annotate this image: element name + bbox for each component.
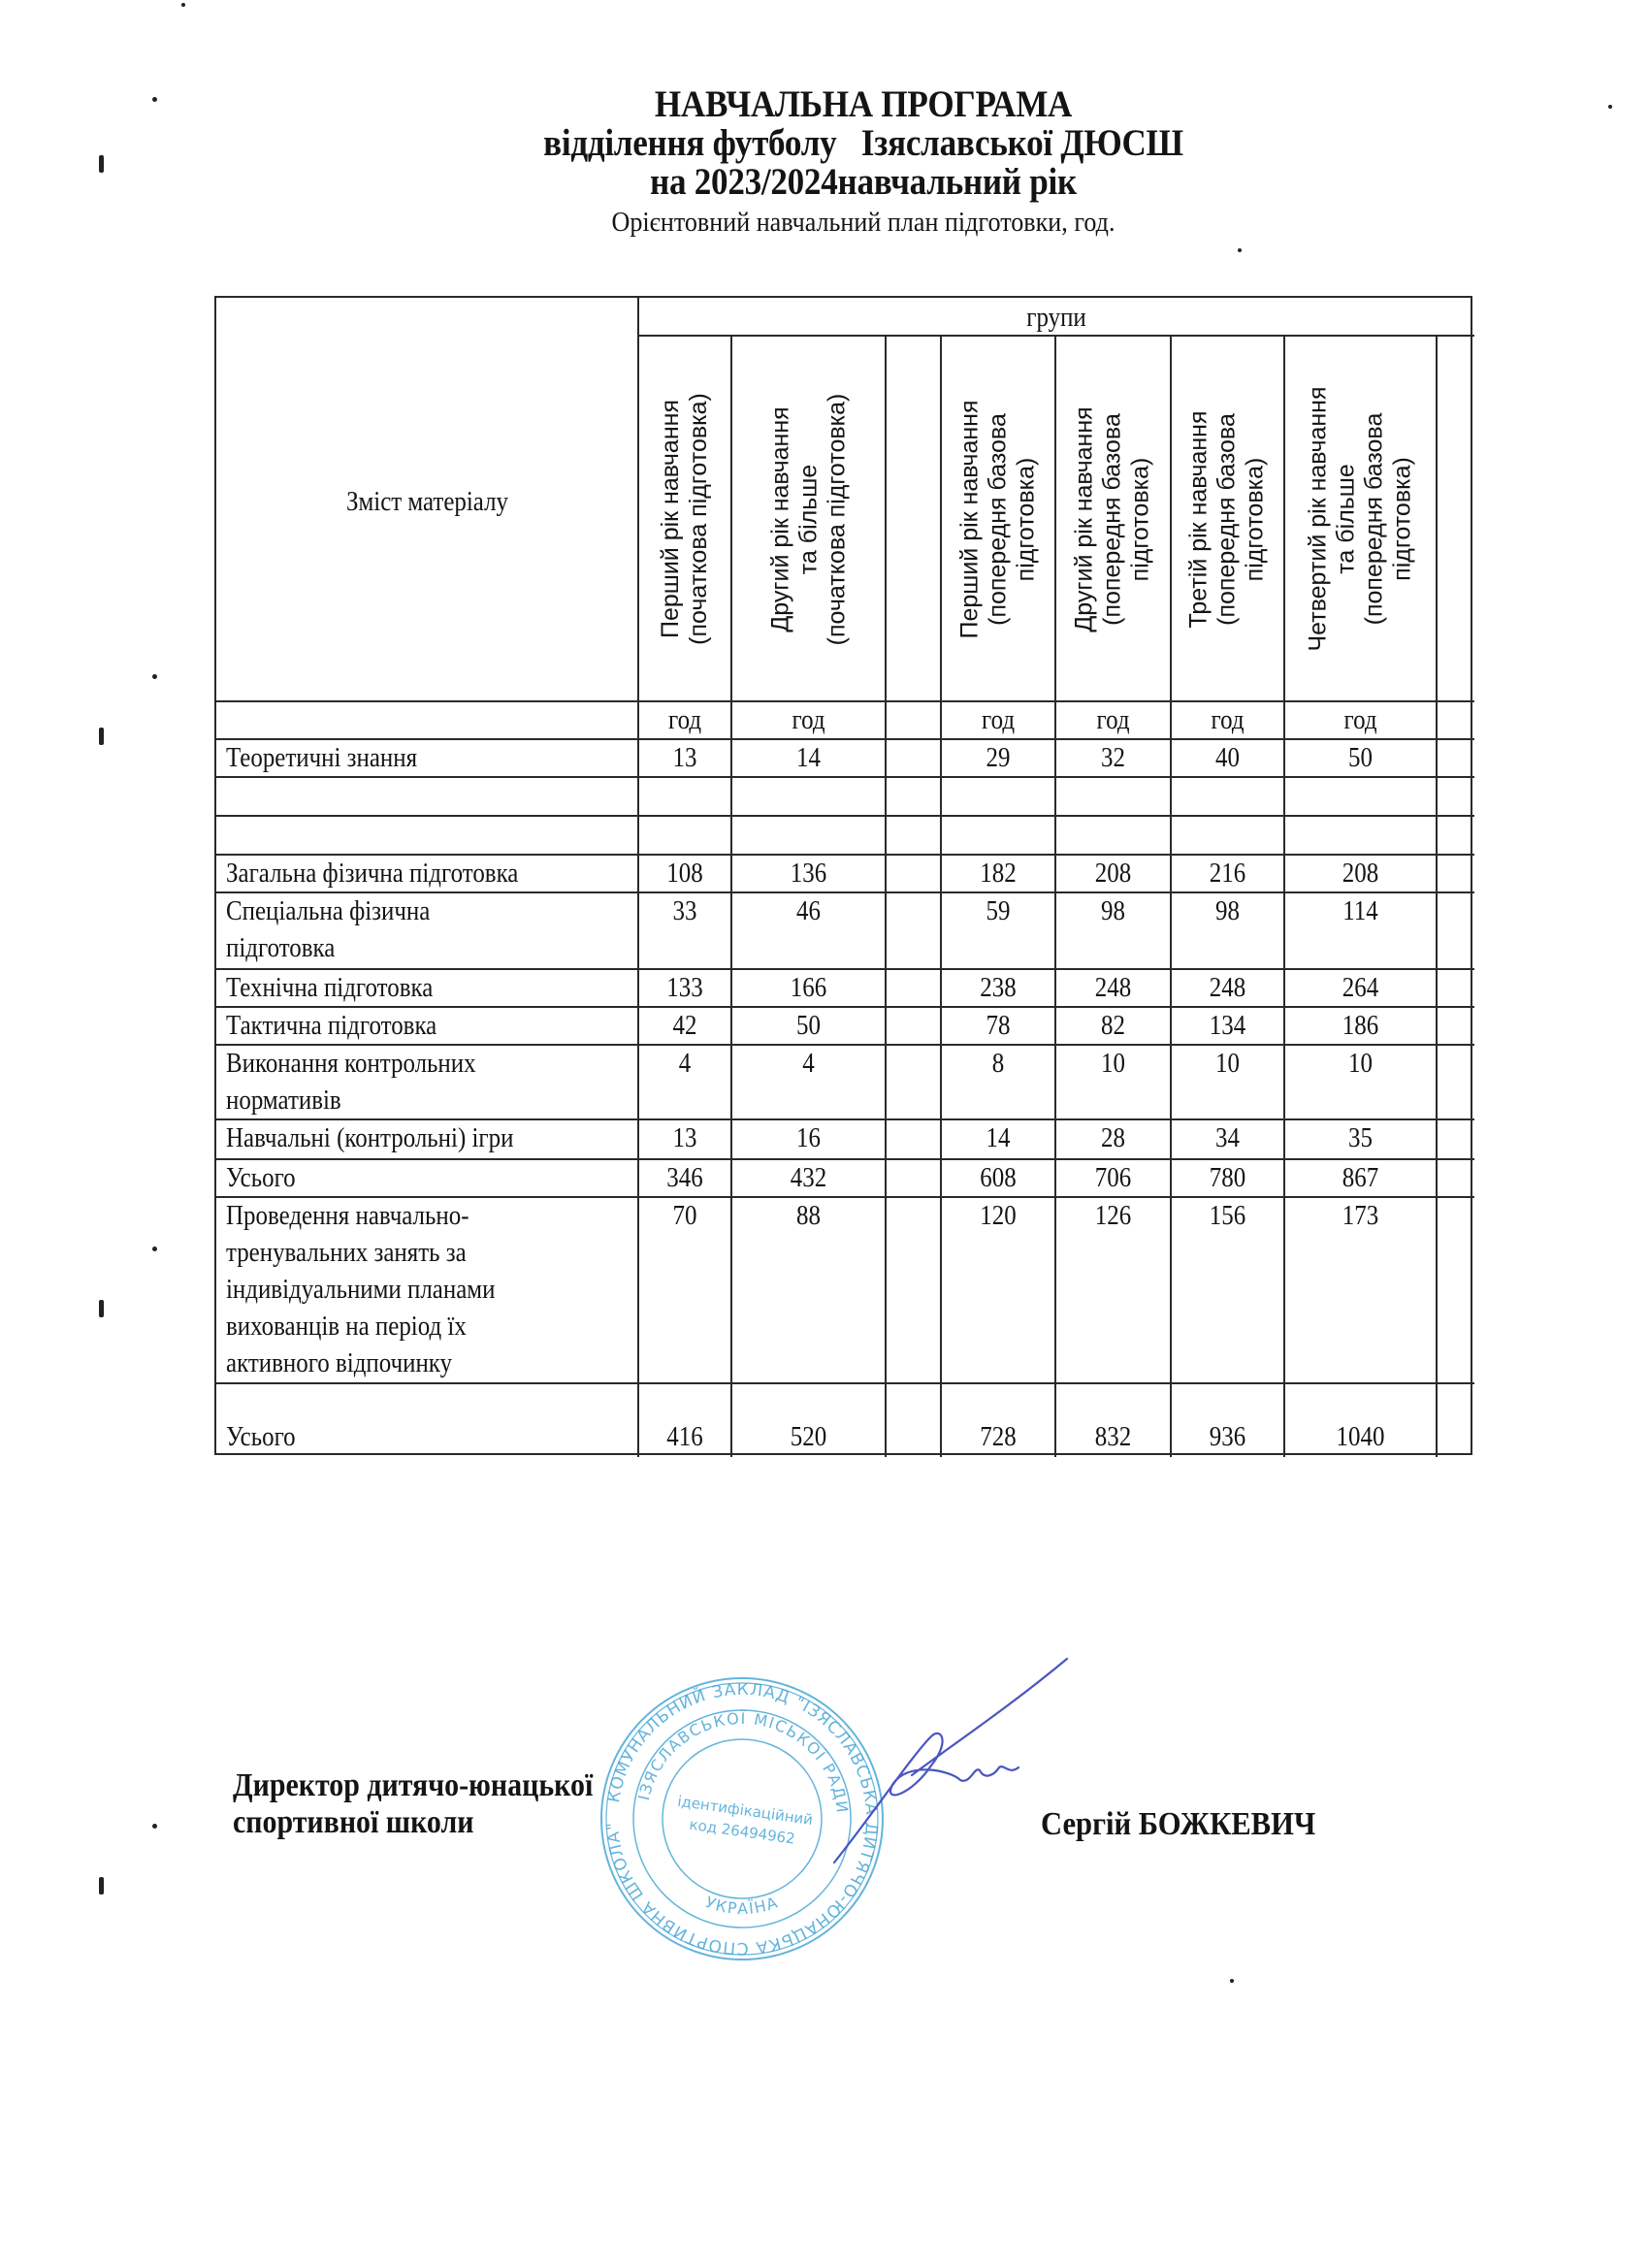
- table-cell-value: 13: [645, 739, 726, 776]
- group-column-header: Другий рік навчаннята більше(початкова п…: [731, 338, 886, 700]
- table-cell-value: 416: [645, 1418, 726, 1455]
- table-cell-value: 173: [1295, 1197, 1426, 1234]
- table-cell-value: 134: [1179, 1007, 1277, 1044]
- group-column-header: Перший рік навчання(початкова підготовка…: [638, 338, 731, 700]
- table-rule: [638, 335, 1474, 337]
- table-row-label: Проведення навчально-тренувальних занять…: [226, 1197, 495, 1381]
- table-cell-value: 216: [1179, 855, 1277, 891]
- signatory-position-line2: спортивної школи: [233, 1804, 593, 1841]
- table-cell-value: 4: [645, 1045, 726, 1082]
- table-cell-value: 16: [742, 1119, 875, 1156]
- table-cell-value: 608: [949, 1159, 1047, 1196]
- stamp-bottom-text: УКРАЇНА: [703, 1893, 782, 1918]
- groups-header: групи: [696, 300, 1415, 335]
- group-column-header: Перший рік навчання(попередня базовапідг…: [941, 338, 1055, 700]
- table-cell-value: 186: [1295, 1007, 1426, 1044]
- table-cell-value: 520: [742, 1418, 875, 1455]
- scan-speck: [152, 674, 157, 679]
- scan-speck: [1608, 105, 1612, 109]
- table-cell-value: 50: [1295, 739, 1426, 776]
- unit-label: год: [742, 701, 875, 738]
- table-cell-value: 133: [645, 969, 726, 1006]
- training-plan-table: Зміст матеріалугрупиПерший рік навчання(…: [214, 296, 1472, 1455]
- scan-speck: [1238, 248, 1242, 252]
- group-column-label: Другий рік навчаннята більше(початкова п…: [766, 393, 851, 645]
- group-column-header: Четвертий рік навчаннята більше(попередн…: [1284, 338, 1437, 700]
- table-cell-value: 780: [1179, 1159, 1277, 1196]
- table-cell-value: 126: [1063, 1197, 1162, 1234]
- table-cell-value: 238: [949, 969, 1047, 1006]
- document-header: НАВЧАЛЬНА ПРОГРАМА відділення футболу Із…: [0, 85, 1649, 243]
- table-cell-value: 346: [645, 1159, 726, 1196]
- scan-speck: [99, 155, 104, 173]
- document-subtitle-department: відділення футболу Ізяславської ДЮСШ: [86, 124, 1640, 163]
- table-cell-value: 208: [1063, 855, 1162, 891]
- scan-speck: [152, 1247, 157, 1251]
- table-cell-value: 182: [949, 855, 1047, 891]
- unit-label: год: [1179, 701, 1277, 738]
- table-row-label: Усього: [226, 1418, 296, 1455]
- table-row-label: Навчальні (контрольні) ігри: [226, 1119, 513, 1156]
- scan-speck: [99, 1300, 104, 1317]
- table-row-label: Усього: [226, 1159, 296, 1196]
- scan-speck: [152, 1824, 157, 1829]
- table-cell-value: 4: [742, 1045, 875, 1082]
- table-cell-value: 248: [1179, 969, 1277, 1006]
- group-column-header: Третій рік навчання(попередня базовапідг…: [1171, 338, 1284, 700]
- table-cell-value: 70: [645, 1197, 726, 1234]
- table-cell-value: 832: [1063, 1418, 1162, 1455]
- table-cell-value: 33: [645, 892, 726, 929]
- group-column-header: [1437, 338, 1474, 700]
- unit-label: год: [949, 701, 1047, 738]
- table-rule: [216, 1382, 1474, 1384]
- group-column-label: Другий рік навчання(попередня базовапідг…: [1071, 406, 1155, 632]
- document-caption: Орієнтовний навчальний план підготовки, …: [86, 202, 1640, 243]
- table-cell-value: 14: [742, 739, 875, 776]
- table-row-label: Технічна підготовка: [226, 969, 433, 1006]
- table-cell-value: 13: [645, 1119, 726, 1156]
- unit-label: год: [645, 701, 726, 738]
- signatory-position: Директор дитячо-юнацької спортивної школ…: [233, 1767, 593, 1841]
- handwritten-signature: [815, 1649, 1106, 1872]
- table-cell-value: 46: [742, 892, 875, 929]
- group-column-label: Третій рік навчання(попередня базовапідг…: [1185, 410, 1270, 628]
- table-rule: [216, 776, 1474, 778]
- table-cell-value: 706: [1063, 1159, 1162, 1196]
- svg-text:УКРАЇНА: УКРАЇНА: [703, 1893, 782, 1918]
- table-cell-value: 29: [949, 739, 1047, 776]
- table-cell-value: 40: [1179, 739, 1277, 776]
- table-row-label: Теоретичні знання: [226, 739, 417, 776]
- table-cell-value: 156: [1179, 1197, 1277, 1234]
- table-cell-value: 10: [1179, 1045, 1277, 1082]
- group-column-header: [886, 338, 941, 700]
- scan-speck: [1230, 1979, 1234, 1983]
- unit-label: год: [1295, 701, 1426, 738]
- table-cell-value: 208: [1295, 855, 1426, 891]
- table-cell-value: 98: [1179, 892, 1277, 929]
- table-cell-value: 728: [949, 1418, 1047, 1455]
- table-cell-value: 82: [1063, 1007, 1162, 1044]
- table-cell-value: 32: [1063, 739, 1162, 776]
- table-row-label: Спеціальна фізичнапідготовка: [226, 892, 430, 966]
- scan-speck: [152, 97, 157, 102]
- table-cell-value: 1040: [1295, 1418, 1426, 1455]
- table-cell-value: 28: [1063, 1119, 1162, 1156]
- table-cell-value: 10: [1063, 1045, 1162, 1082]
- table-cell-value: 248: [1063, 969, 1162, 1006]
- table-rule: [216, 815, 1474, 817]
- table-cell-value: 34: [1179, 1119, 1277, 1156]
- table-cell-value: 59: [949, 892, 1047, 929]
- table-cell-value: 50: [742, 1007, 875, 1044]
- scan-speck: [99, 1877, 104, 1895]
- content-column-header: Зміст матеріалу: [245, 482, 608, 521]
- table-cell-value: 14: [949, 1119, 1047, 1156]
- signatory-position-line1: Директор дитячо-юнацької: [233, 1767, 593, 1804]
- table-row-label: Загальна фізична підготовка: [226, 855, 518, 891]
- table-cell-value: 42: [645, 1007, 726, 1044]
- table-row-label: Тактична підготовка: [226, 1007, 436, 1044]
- table-cell-value: 88: [742, 1197, 875, 1234]
- table-cell-value: 936: [1179, 1418, 1277, 1455]
- table-cell-value: 264: [1295, 969, 1426, 1006]
- group-column-header: Другий рік навчання(попередня базовапідг…: [1055, 338, 1171, 700]
- table-cell-value: 78: [949, 1007, 1047, 1044]
- group-column-label: Четвертий рік навчаннята більше(попередн…: [1305, 386, 1417, 651]
- table-row-label: Виконання контрольнихнормативів: [226, 1045, 476, 1118]
- table-cell-value: 867: [1295, 1159, 1426, 1196]
- group-column-label: Перший рік навчання(початкова підготовка…: [657, 393, 713, 645]
- table-cell-value: 166: [742, 969, 875, 1006]
- table-cell-value: 8: [949, 1045, 1047, 1082]
- document-subtitle-year: на 2023/2024навчальний рік: [86, 163, 1640, 202]
- table-cell-value: 108: [645, 855, 726, 891]
- scan-speck: [99, 728, 104, 745]
- table-cell-value: 114: [1295, 892, 1426, 929]
- group-column-label: Перший рік навчання(попередня базовапідг…: [956, 400, 1041, 638]
- unit-label: год: [1063, 701, 1162, 738]
- document-title: НАВЧАЛЬНА ПРОГРАМА: [86, 85, 1640, 124]
- table-cell-value: 35: [1295, 1119, 1426, 1156]
- table-cell-value: 120: [949, 1197, 1047, 1234]
- table-cell-value: 98: [1063, 892, 1162, 929]
- scan-speck: [181, 3, 185, 7]
- table-cell-value: 10: [1295, 1045, 1426, 1082]
- table-cell-value: 432: [742, 1159, 875, 1196]
- table-cell-value: 136: [742, 855, 875, 891]
